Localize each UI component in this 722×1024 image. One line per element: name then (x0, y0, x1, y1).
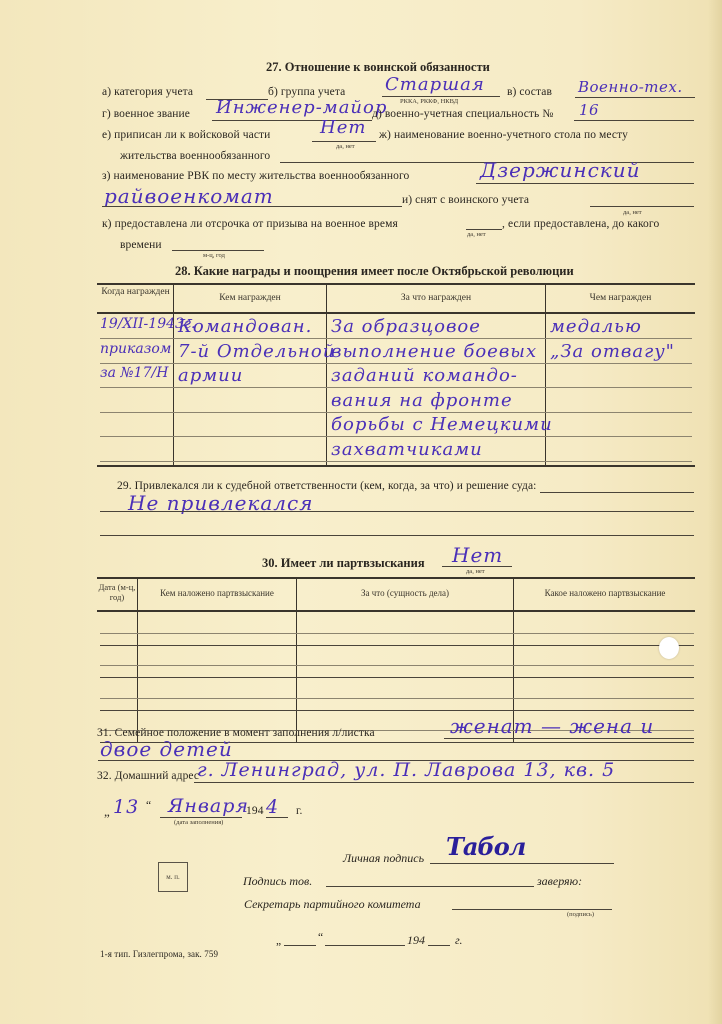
stamp-placeholder: м. п. (158, 862, 188, 892)
awards-cell[interactable]: приказом (100, 341, 171, 357)
penalties-header-by-whom: Кем наложено партвзыскание (139, 588, 295, 599)
awards-cell[interactable]: Командован. (178, 316, 312, 337)
awards-cell[interactable]: захватчиками (331, 439, 483, 460)
penalties-row-line (100, 665, 694, 666)
sign-date-year-prefix: 194 (407, 933, 425, 948)
awards-row-line (100, 363, 692, 364)
personal-signature[interactable]: Табол (446, 832, 525, 861)
d-value[interactable]: 16 (579, 101, 599, 119)
awards-col-divider-3 (545, 284, 546, 465)
b-hint: РККА, РККФ, НКВД (400, 98, 458, 105)
k-label-tail: , если предоставлена, до какого (502, 218, 659, 230)
awards-table-header-bottom (97, 312, 695, 314)
e-hint: да, нет (336, 143, 355, 150)
b-value[interactable]: Старшая (385, 74, 485, 95)
i-label: и) снят с воинского учета (402, 194, 529, 206)
section29-underline2 (100, 535, 694, 536)
form-page: 27. Отношение к воинской обязанности а) … (0, 0, 722, 1024)
awards-row-line (100, 338, 692, 339)
awards-header-by-whom: Кем награжден (175, 293, 325, 304)
awards-header-for-what: За что награжден (328, 293, 544, 304)
sign-date-quote-close: “ (318, 932, 323, 944)
k-hint: да, нет (467, 231, 486, 238)
fill-month[interactable]: Января (168, 795, 249, 817)
secretary-label: Секретарь партийного комитета (244, 897, 421, 912)
penalties-header-date: Дата (м-ц, год) (98, 582, 136, 602)
e-value[interactable]: Нет (320, 117, 366, 138)
section30-value[interactable]: Нет (452, 543, 503, 567)
z-label: з) наименование РВК по месту жительства … (102, 170, 409, 182)
sign-date-day-field[interactable] (284, 945, 316, 946)
penalties-row-line (100, 698, 694, 699)
comrade-signature-field[interactable] (326, 886, 534, 887)
sign-date-year-field[interactable] (428, 945, 450, 946)
sign-date-month-field[interactable] (325, 945, 405, 946)
section30-label: 30. Имеет ли партвзыскания (262, 556, 425, 571)
secretary-signature-field[interactable] (452, 909, 612, 910)
printer-imprint: 1-я тип. Гизлегпрома, зак. 759 (100, 949, 218, 959)
z-value-line2[interactable]: райвоенкомат (104, 184, 274, 208)
awards-cell[interactable]: За образцовое (331, 316, 481, 337)
v-label: в) состав (507, 86, 552, 98)
awards-row-line (100, 436, 692, 437)
k-hint2: м-ц, год (203, 252, 225, 259)
fill-year-underline (266, 817, 288, 818)
awards-cell[interactable]: вания на фронте (331, 390, 513, 411)
k-field[interactable] (466, 229, 502, 230)
penalties-col-divider-2 (296, 578, 297, 743)
penalties-row-field[interactable] (100, 677, 694, 678)
awards-table-bottom (97, 465, 695, 467)
section30-underline (442, 566, 512, 567)
section31-value-line1[interactable]: женат — жена и (450, 714, 654, 738)
section28-title: 28. Какие награды и поощрения имеет посл… (175, 264, 574, 279)
awards-cell[interactable]: за №17/Н (100, 365, 168, 381)
personal-signature-label: Личная подпись (343, 851, 424, 866)
awards-table-top (97, 283, 695, 285)
section32-value[interactable]: г. Ленинград, ул. П. Лаврова 13, кв. 5 (197, 759, 615, 781)
section29-underline1 (100, 511, 694, 512)
awards-cell[interactable]: заданий командо- (331, 365, 518, 386)
e-label: е) приписан ли к войсковой части (102, 129, 270, 141)
penalties-row-line (100, 633, 694, 634)
zh-label: ж) наименование военно-учетного стола по… (379, 129, 628, 141)
awards-header-when: Когда награжден (98, 287, 173, 298)
k-label2: времени (120, 239, 162, 251)
fill-year-suffix[interactable]: 4 (266, 796, 279, 818)
section30-hint: да, нет (466, 568, 485, 575)
awards-header-award: Чем награжден (547, 293, 694, 304)
penalties-header-reason: За что (сущность дела) (298, 588, 512, 599)
d-underline (574, 120, 694, 121)
section31-underline1 (444, 738, 694, 739)
section32-underline (194, 782, 694, 783)
penalties-row-field[interactable] (100, 645, 694, 646)
personal-signature-underline (430, 863, 614, 864)
secretary-signature-hint: (подпись) (567, 911, 594, 918)
fill-year-end: г. (296, 805, 303, 817)
awards-col-divider-2 (326, 284, 327, 465)
awards-row-line (100, 461, 692, 462)
z-underline2 (102, 206, 402, 207)
comrade-signature-label: Подпись тов. (243, 874, 312, 889)
sign-date-year-end: г. (455, 933, 463, 948)
b-underline (382, 96, 500, 97)
awards-cell[interactable]: выполнение боевых (331, 341, 537, 362)
certify-label: заверяю: (537, 874, 582, 889)
penalties-row-field[interactable] (100, 710, 694, 711)
fill-day[interactable]: 13 (113, 796, 139, 818)
z-value-line1[interactable]: Дзержинский (480, 158, 641, 182)
penalties-table-header-bottom (97, 610, 695, 612)
awards-cell[interactable]: „За отвагу" (550, 341, 675, 362)
section29-underline0 (540, 492, 694, 493)
fill-month-underline (160, 817, 242, 818)
fill-year-prefix: 194 (246, 805, 264, 817)
penalties-col-divider-1 (137, 578, 138, 743)
awards-row-line (100, 387, 692, 388)
awards-cell[interactable]: медалью (550, 316, 642, 337)
a-label: а) категория учета (102, 86, 193, 98)
v-underline (575, 97, 695, 98)
date-quote-close: “ (146, 800, 151, 812)
e-underline (312, 141, 376, 142)
page-edge (708, 0, 722, 1024)
g-label: г) военное звание (102, 108, 190, 120)
awards-col-divider-1 (173, 284, 174, 465)
d-label: д) военно-учетная специальность № (372, 108, 553, 120)
v-value[interactable]: Военно-тех. (578, 78, 683, 96)
z-underline1 (476, 183, 694, 184)
awards-cell[interactable]: 7-й Отдельной (178, 341, 335, 362)
k-label: к) предоставлена ли отсрочка от призыва … (102, 218, 398, 230)
section32-label: 32. Домашний адрес (97, 770, 199, 782)
stamp-label: м. п. (166, 873, 179, 881)
awards-cell[interactable]: армии (178, 365, 243, 386)
section27-title: 27. Отношение к воинской обязанности (266, 60, 490, 75)
fill-date-hint: (дата заполнения) (174, 819, 223, 826)
awards-row-line (100, 412, 692, 413)
date-quote-open: „ (104, 804, 110, 820)
sign-date-quote-open: „ (276, 935, 281, 947)
k-date-field[interactable] (172, 250, 264, 251)
penalties-header-penalty: Какое наложено партвзыскание (515, 588, 695, 599)
zh-label2: жительства военнообязанного (120, 150, 270, 162)
g-value[interactable]: Инженер-майор (216, 97, 387, 118)
i-hint: да, нет (623, 209, 642, 216)
section31-value-line2[interactable]: двое детей (100, 737, 233, 761)
penalties-table-top (97, 577, 695, 579)
awards-cell[interactable]: борьбы с Немецкими (331, 414, 553, 435)
punch-hole (659, 637, 679, 659)
i-field[interactable] (590, 206, 694, 207)
